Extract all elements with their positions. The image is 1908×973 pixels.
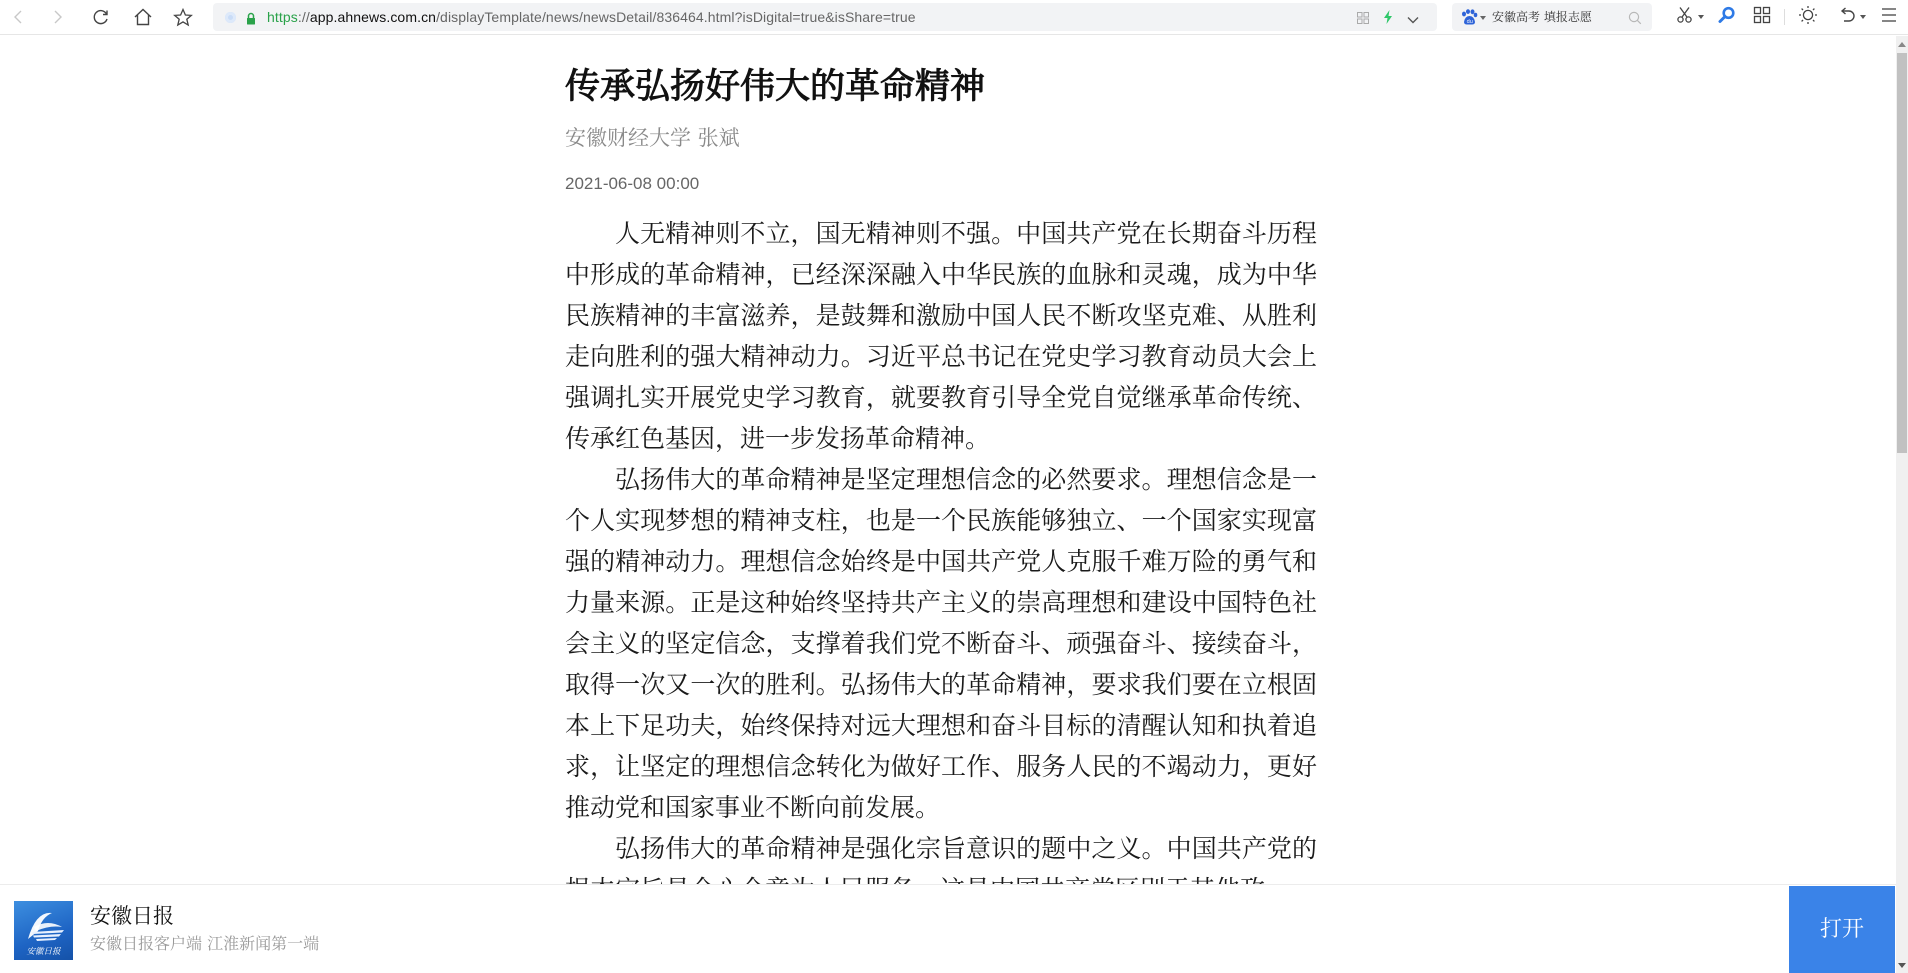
app-name: 安徽日报 — [90, 903, 174, 929]
bookmark-star-icon — [173, 8, 193, 27]
menu-icon — [1880, 7, 1898, 27]
bookmark-button[interactable] — [170, 4, 196, 30]
site-info-icon[interactable] — [225, 12, 236, 23]
undo-icon — [1838, 6, 1856, 28]
forward-icon — [52, 9, 64, 25]
home-icon — [133, 8, 153, 26]
home-button[interactable] — [130, 4, 156, 30]
url-host: app.ahnews.com.cn — [310, 9, 436, 25]
screenshot-dropdown-caret[interactable] — [1698, 15, 1704, 19]
url-path: /displayTemplate/news/newsDetail/836464.… — [436, 9, 916, 25]
app-logo: 安徽日报 — [14, 901, 73, 960]
page-scrollbar[interactable] — [1896, 36, 1908, 973]
screenshot-button[interactable] — [1672, 5, 1698, 29]
scissors-icon — [1676, 6, 1694, 28]
url-actions — [1357, 9, 1419, 28]
chevron-down-icon[interactable] — [1407, 9, 1419, 28]
qr-code-icon[interactable] — [1357, 9, 1369, 28]
undo-close-tab-button[interactable] — [1834, 5, 1860, 29]
magnifier-icon — [1718, 6, 1736, 28]
scroll-up-arrow-icon[interactable] — [1896, 36, 1908, 52]
refresh-button[interactable] — [88, 4, 114, 30]
open-app-button[interactable]: 打开 — [1789, 886, 1895, 973]
apps-grid-icon — [1753, 6, 1771, 28]
article-date: 2021-06-08 00:00 — [565, 174, 699, 194]
app-slogan: 安徽日报客户端 江淮新闻第一端 — [90, 934, 319, 954]
search-tool-button[interactable] — [1714, 5, 1740, 29]
search-box[interactable]: du 安徽高考 填报志愿 — [1452, 3, 1652, 31]
baidu-paw-icon[interactable]: du — [1460, 9, 1478, 29]
article-body: 人无精神则不立，国无精神则不强。中国共产党在长期奋斗历程中形成的革命精神，已经深… — [565, 213, 1317, 910]
lock-icon — [246, 10, 256, 29]
article-author: 安徽财经大学 张斌 — [565, 125, 740, 151]
url-separator: :// — [298, 9, 310, 25]
scroll-thumb[interactable] — [1897, 53, 1907, 453]
article-paragraph: 人无精神则不立，国无精神则不强。中国共产党在长期奋斗历程中形成的革命精神，已经深… — [565, 213, 1317, 459]
toolbar-divider — [1784, 9, 1785, 25]
back-button[interactable] — [5, 4, 31, 30]
lightning-icon[interactable] — [1383, 9, 1393, 28]
search-query[interactable]: 安徽高考 填报志愿 — [1492, 10, 1592, 24]
main-menu-button[interactable] — [1876, 5, 1902, 29]
back-icon — [12, 9, 24, 25]
browser-toolbar: https://app.ahnews.com.cn/displayTemplat… — [0, 0, 1908, 35]
undo-dropdown-caret[interactable] — [1860, 15, 1866, 19]
apps-button[interactable] — [1749, 5, 1775, 29]
brightness-button[interactable] — [1795, 5, 1821, 29]
app-logo-text: 安徽日报 — [26, 946, 62, 957]
url-text[interactable]: https://app.ahnews.com.cn/displayTemplat… — [267, 9, 916, 25]
scroll-down-arrow-icon[interactable] — [1896, 957, 1908, 973]
address-bar[interactable]: https://app.ahnews.com.cn/displayTemplat… — [213, 3, 1437, 31]
refresh-icon — [92, 8, 110, 26]
article-title: 传承弘扬好伟大的革命精神 — [565, 64, 1325, 110]
brightness-icon — [1798, 5, 1818, 29]
search-icon[interactable] — [1628, 10, 1642, 29]
forward-button[interactable] — [45, 4, 71, 30]
article-paragraph: 弘扬伟大的革命精神是坚定理想信念的必然要求。理想信念是一个人实现梦想的精神支柱，… — [565, 459, 1317, 828]
svg-text:du: du — [1467, 19, 1473, 25]
engine-dropdown-caret[interactable] — [1480, 16, 1486, 20]
url-scheme: https — [267, 9, 298, 25]
app-download-banner: 安徽日报 安徽日报 安徽日报客户端 江淮新闻第一端 打开 — [0, 884, 1896, 973]
